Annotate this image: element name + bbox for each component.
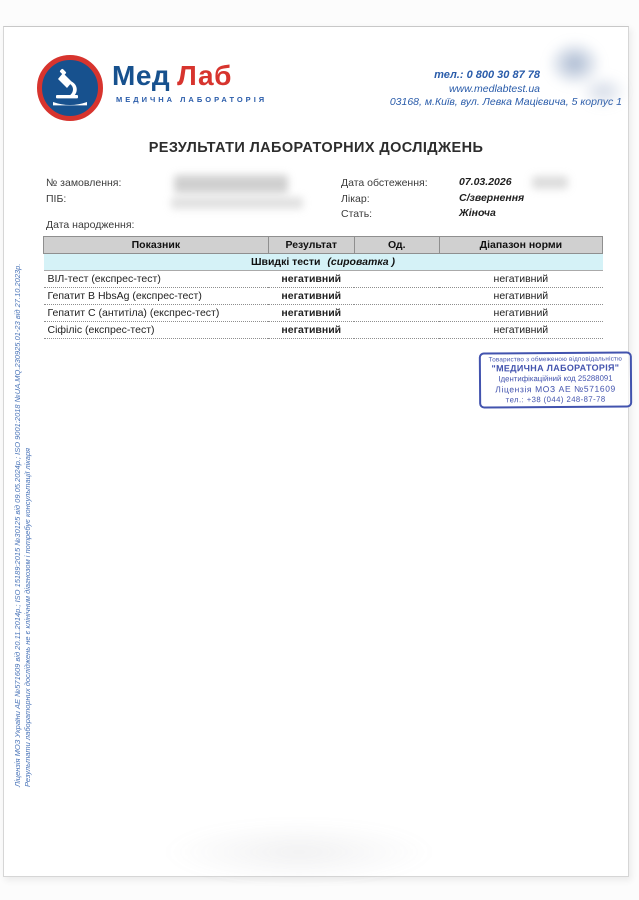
column-header-indicator: Показник xyxy=(44,237,269,254)
sex-value: Жіноча xyxy=(459,207,496,219)
doctor-value: С/звернення xyxy=(459,192,524,204)
result-cell: негативний xyxy=(268,271,354,288)
redacted-exam-time xyxy=(532,176,568,189)
lab-report-page: Ліцензія МОЗ України АЕ №571609 від 20.1… xyxy=(3,26,629,877)
redacted-patient-name xyxy=(171,197,303,209)
scan-artifact xyxy=(164,822,434,882)
phone-number: тел.: 0 800 30 87 78 xyxy=(434,69,540,81)
license-iso-line: Ліцензія МОЗ України АЕ №571609 від 20.1… xyxy=(13,129,23,787)
result-cell: негативний xyxy=(268,322,354,339)
table-row: ВІЛ-тест (експрес-тест) негативний негат… xyxy=(44,271,603,288)
indicator-cell: Сіфіліс (експрес-тест) xyxy=(44,322,269,339)
table-row: Гепатит С (антитіла) (експрес-тест) нега… xyxy=(44,305,603,322)
page-title: РЕЗУЛЬТАТИ ЛАБОРАТОРНИХ ДОСЛІДЖЕНЬ xyxy=(4,140,628,156)
section-title: Швидкі тести xyxy=(251,256,321,268)
table-row: Гепатит В HbsAg (експрес-тест) негативни… xyxy=(44,288,603,305)
doctor-label: Лікар: xyxy=(341,193,370,205)
exam-date-value: 07.03.2026 xyxy=(459,176,512,188)
unit-cell xyxy=(354,305,439,322)
stamp-license: Ліцензія МОЗ АЕ №571609 xyxy=(481,383,630,394)
norm-cell: негативний xyxy=(439,305,602,322)
sex-label: Стать: xyxy=(341,208,372,220)
brand-name: МедЛаб xyxy=(112,60,232,92)
indicator-cell: ВІЛ-тест (експрес-тест) xyxy=(44,271,269,288)
unit-cell xyxy=(354,288,439,305)
order-number-label: № замовлення: xyxy=(46,177,121,189)
column-header-result: Результат xyxy=(268,237,354,254)
result-cell: негативний xyxy=(268,288,354,305)
medlab-logo xyxy=(37,55,103,121)
section-title-cell: Швидкі тести (сироватка ) xyxy=(44,254,603,271)
patient-name-label: ПІБ: xyxy=(46,193,66,205)
unit-cell xyxy=(354,322,439,339)
column-header-norm: Діапазон норми xyxy=(439,237,602,254)
table-header-row: Показник Результат Од. Діапазон норми xyxy=(44,237,603,254)
norm-cell: негативний xyxy=(439,322,602,339)
disclaimer-line: Результати лабораторних досліджень не є … xyxy=(23,129,33,787)
birth-date-label: Дата народження: xyxy=(46,219,134,231)
table-row: Сіфіліс (експрес-тест) негативний негати… xyxy=(44,322,603,339)
laboratory-stamp: Товариство з обмеженою відповідальністю … xyxy=(479,351,632,408)
results-table: Показник Результат Од. Діапазон норми Шв… xyxy=(43,236,603,339)
brand-name-lab: Лаб xyxy=(177,60,232,91)
section-subtitle: (сироватка ) xyxy=(327,256,395,268)
redacted-qr-code xyxy=(546,39,628,109)
brand-name-med: Мед xyxy=(112,60,170,91)
brand-subtitle: МЕДИЧНА ЛАБОРАТОРІЯ xyxy=(116,95,267,104)
indicator-cell: Гепатит С (антитіла) (експрес-тест) xyxy=(44,305,269,322)
redacted-order-number xyxy=(174,175,288,193)
stamp-company-name: "МЕДИЧНА ЛАБОРАТОРІЯ" xyxy=(481,362,630,373)
section-row: Швидкі тести (сироватка ) xyxy=(44,254,603,271)
stamp-phone: тел.: +38 (044) 248-87-78 xyxy=(481,394,630,404)
stamp-id-code: Ідентифікаційний код 25288091 xyxy=(481,373,630,383)
exam-date-label: Дата обстеження: xyxy=(341,177,428,189)
unit-cell xyxy=(354,271,439,288)
website-url: www.medlabtest.ua xyxy=(449,83,540,95)
column-header-unit: Од. xyxy=(354,237,439,254)
norm-cell: негативний xyxy=(439,288,602,305)
norm-cell: негативний xyxy=(439,271,602,288)
side-certification-text: Ліцензія МОЗ України АЕ №571609 від 20.1… xyxy=(13,129,33,787)
result-cell: негативний xyxy=(268,305,354,322)
indicator-cell: Гепатит В HbsAg (експрес-тест) xyxy=(44,288,269,305)
